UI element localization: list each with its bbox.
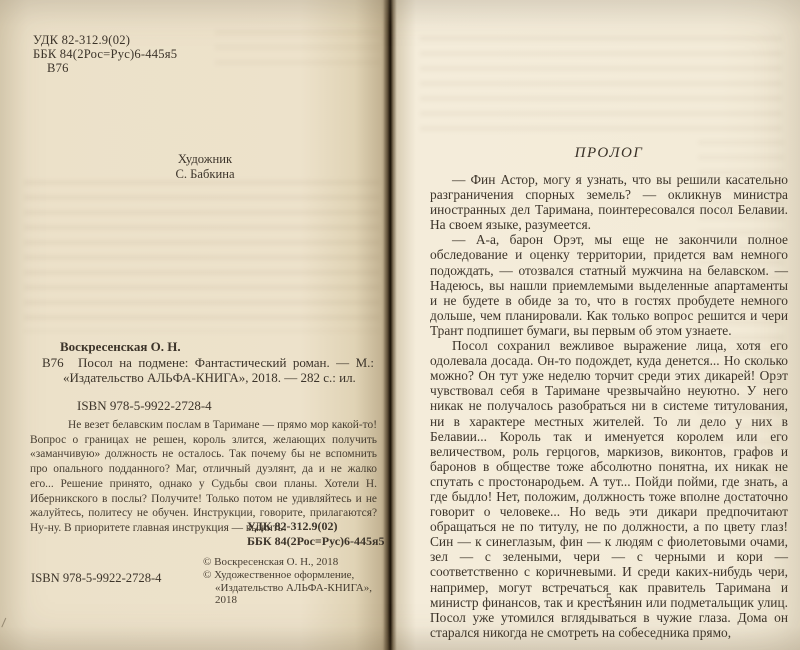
entry-code: В76	[42, 355, 64, 371]
book-spread-photo: УДК 82-312.9(02) ББК 84(2Рос=Рус)6-445я5…	[0, 0, 800, 650]
udk-code-bottom: УДК 82-312.9(02)	[247, 519, 385, 534]
copyright-design-line2: «Издательство АЛЬФА-КНИГА», 2018	[215, 582, 390, 608]
catalog-codes-bottom: УДК 82-312.9(02) ББК 84(2Рос=Рус)6-445я5	[247, 519, 385, 548]
artist-name: С. Бабкина	[140, 167, 270, 182]
isbn-bottom: ISBN 978-5-9922-2728-4	[31, 571, 161, 586]
book-gutter	[383, 0, 397, 650]
copyright-author: © Воскресенская О. Н., 2018	[203, 556, 390, 569]
body-text: — Фин Астор, могу я узнать, что вы решил…	[430, 172, 788, 640]
body-paragraph: — Фин Астор, могу я узнать, что вы решил…	[430, 172, 788, 232]
left-page: УДК 82-312.9(02) ББК 84(2Рос=Рус)6-445я5…	[0, 0, 390, 650]
bbk-code-bottom: ББК 84(2Рос=Рус)6-445я5	[247, 534, 385, 549]
show-through-text	[420, 36, 782, 136]
pencil-mark	[1, 618, 12, 630]
artist-credit: Художник С. Бабкина	[140, 152, 270, 181]
udk-code: УДК 82-312.9(02)	[33, 33, 177, 47]
body-paragraph: — А-а, барон Орэт, мы еще не закончили п…	[430, 232, 788, 338]
show-through-text	[215, 30, 380, 68]
author-sign-code: В76	[47, 61, 177, 75]
copyright-design-line1: © Художественное оформление,	[203, 569, 390, 582]
isbn: ISBN 978-5-9922-2728-4	[77, 398, 374, 414]
chapter-title: ПРОЛОГ	[430, 145, 788, 162]
artist-label: Художник	[140, 152, 270, 167]
right-page: ПРОЛОГ — Фин Астор, могу я узнать, что в…	[390, 0, 800, 650]
bbk-code: ББК 84(2Рос=Рус)6-445я5	[33, 47, 177, 61]
author-name: Воскресенская О. Н.	[60, 339, 374, 355]
catalog-codes-top: УДК 82-312.9(02) ББК 84(2Рос=Рус)6-445я5…	[33, 33, 177, 75]
page-number: 5	[430, 591, 788, 606]
bibliographic-record: Воскресенская О. Н. В76Посол на подмене:…	[30, 339, 374, 413]
bibliographic-entry: В76Посол на подмене: Фантастический рома…	[30, 355, 374, 386]
entry-text: Посол на подмене: Фантастический роман. …	[63, 355, 374, 386]
copyright-block: © Воскресенская О. Н., 2018 © Художестве…	[203, 556, 390, 607]
show-through-text	[24, 180, 380, 332]
annotation-text: Не везет белавским послам в Таримане — п…	[30, 418, 377, 536]
